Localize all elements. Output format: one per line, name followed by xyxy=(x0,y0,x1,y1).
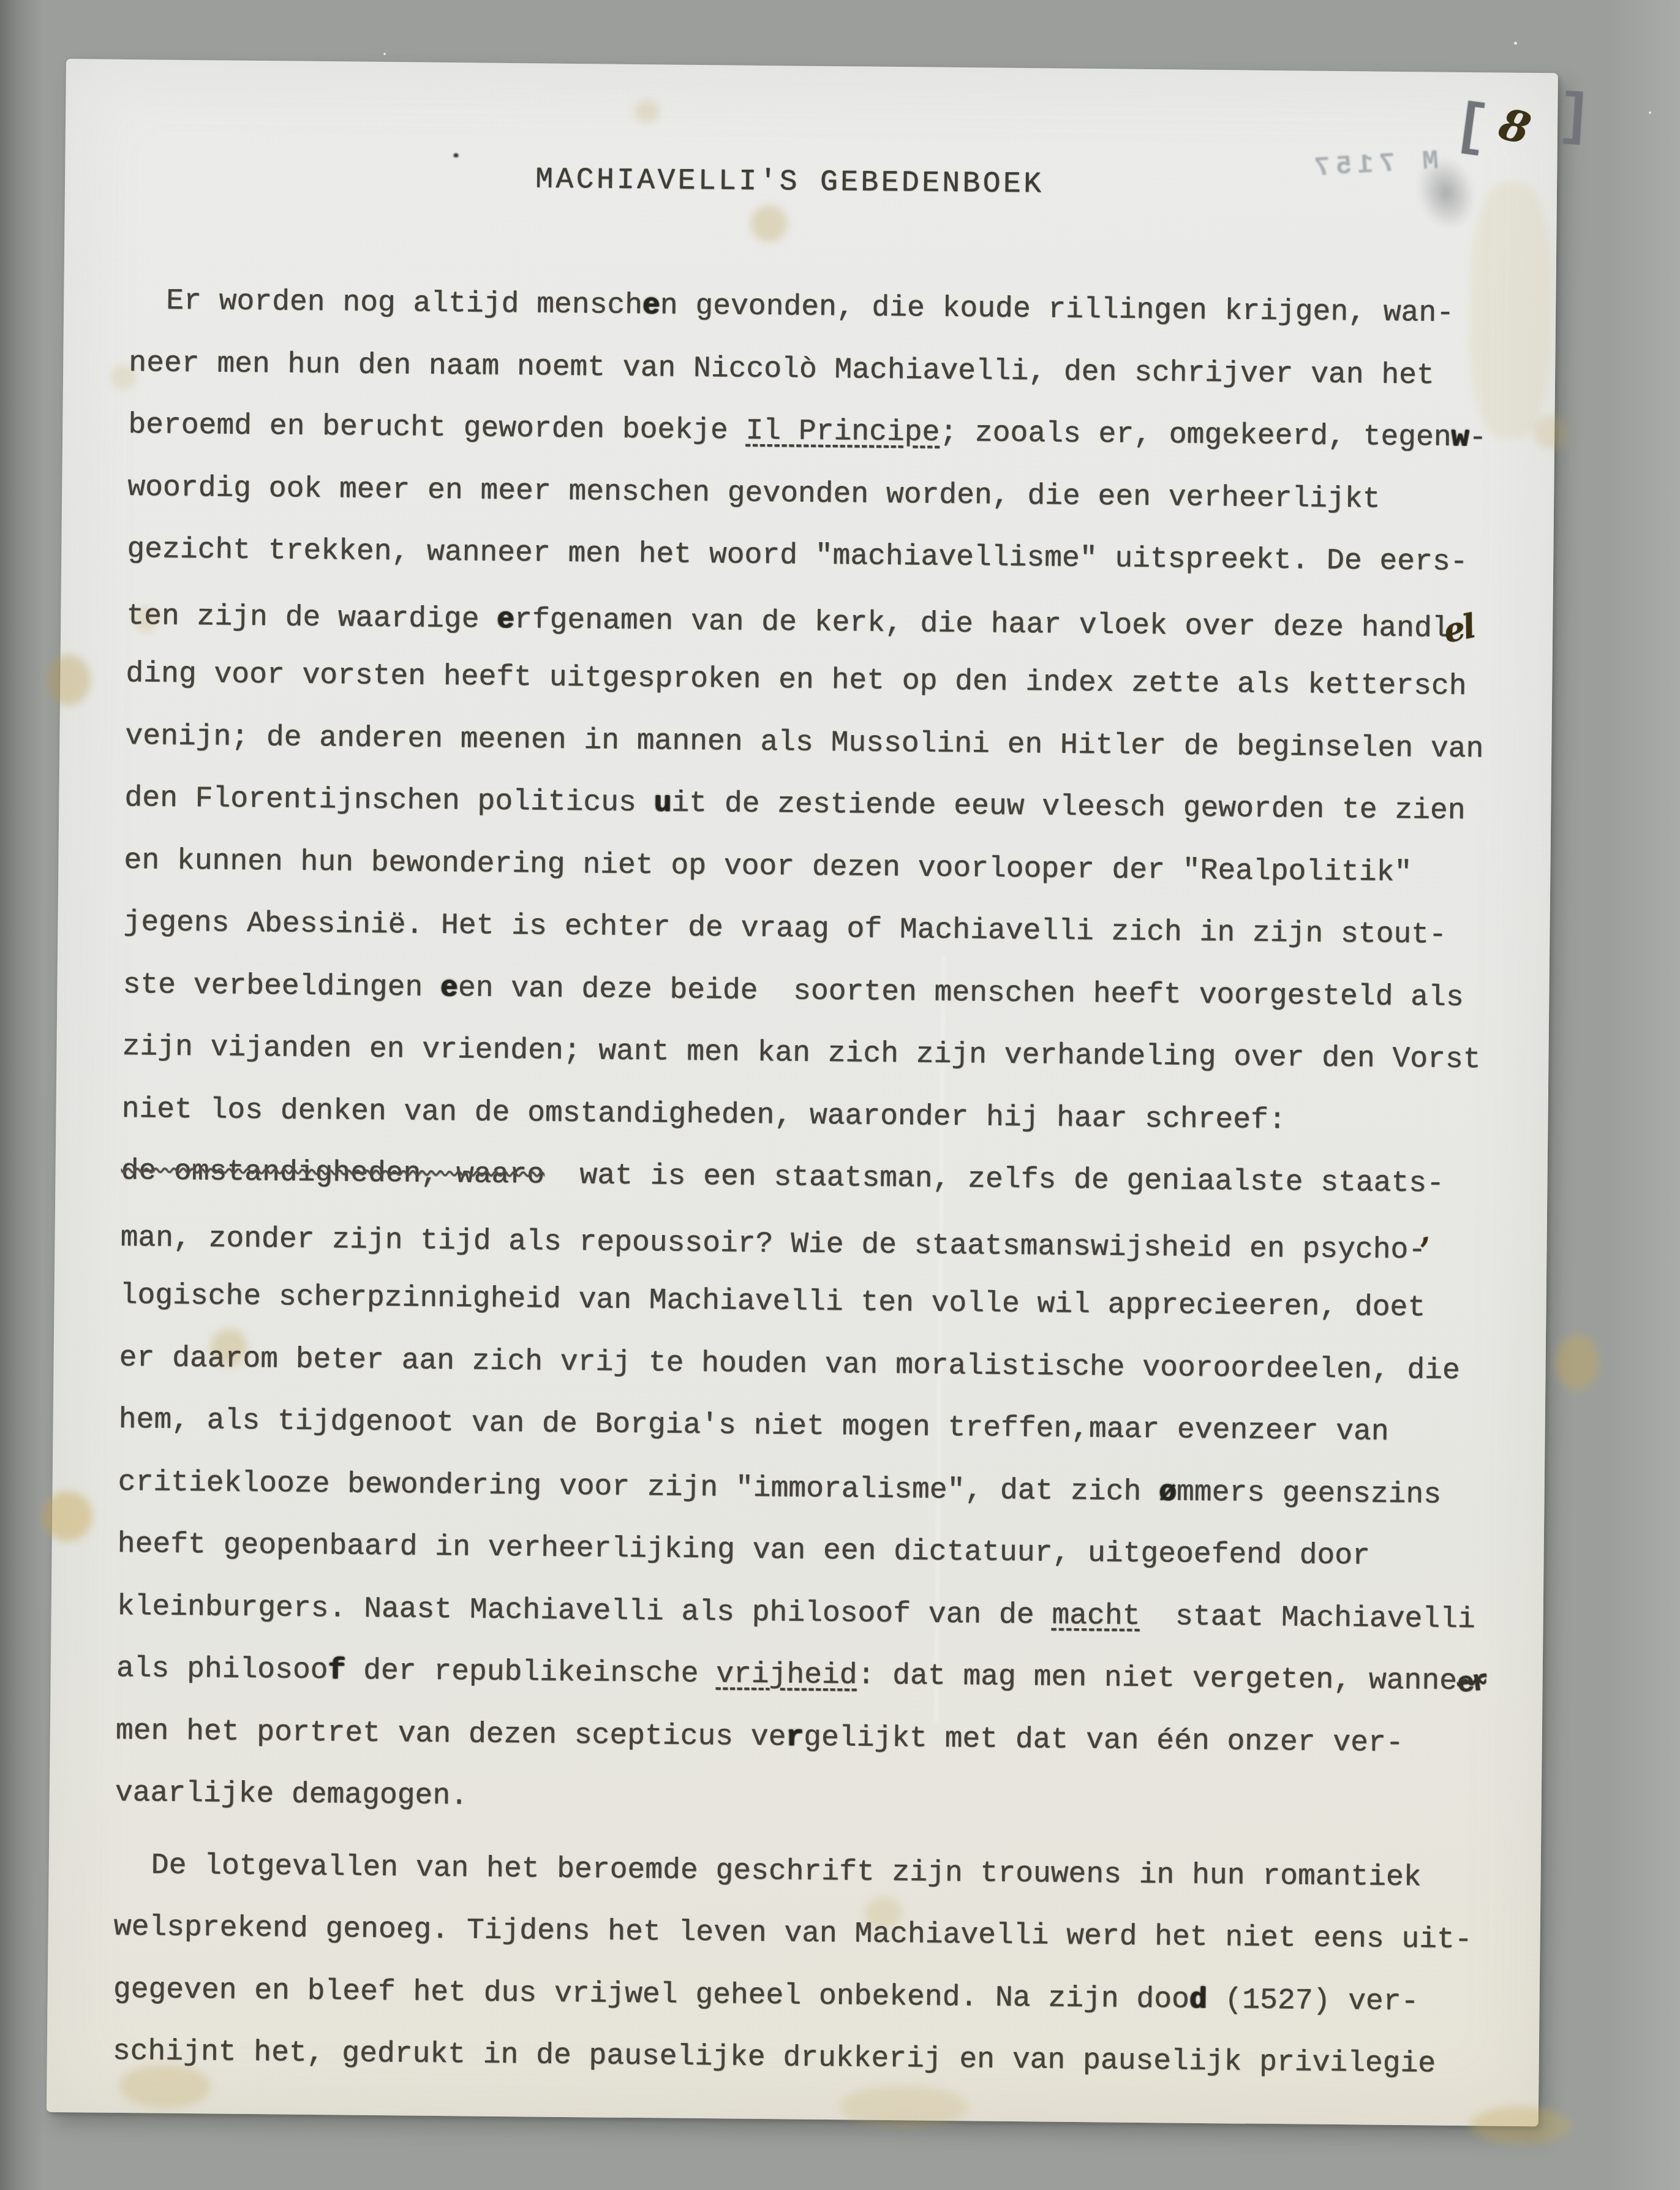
paper-stain xyxy=(750,205,788,243)
text-segment-blot: f xyxy=(328,1654,345,1687)
scan-background: [ 8 ] M 7157 MACHIAVELLI'S GEBEDENBOEK E… xyxy=(0,0,1680,2190)
text-segment-n: er daarom beter aan zich vrij te houden … xyxy=(119,1341,1460,1387)
document-page: [ 8 ] M 7157 MACHIAVELLI'S GEBEDENBOEK E… xyxy=(47,59,1558,2126)
text-segment-n: mmers geenszins xyxy=(1177,1476,1442,1511)
text-segment-n: ste verbeeldingen xyxy=(122,968,440,1004)
text-segment-n: it de zestiende eeuw vleesch geworden te… xyxy=(671,787,1466,828)
text-segment-n: ; zooals er, omgekeerd, tegen xyxy=(940,417,1452,455)
scan-edge-shadow-left xyxy=(0,0,43,2190)
text-segment-n: - xyxy=(1469,421,1486,455)
text-line: schijnt het, gedrukt in de pauselijke dr… xyxy=(112,2021,1521,2097)
text-segment-n: wat is een staatsman, zelfs de geniaalst… xyxy=(544,1159,1444,1201)
text-segment-n: jegens Abessinië. Het is echter de vraag… xyxy=(123,906,1447,952)
text-segment-n: ding voor vorsten heeft uitgesproken en … xyxy=(126,657,1467,703)
text-segment-blot: d xyxy=(1189,1983,1207,2016)
text-segment-n: als philosoo xyxy=(116,1652,328,1687)
document-body: Er worden nog altijd menschen gevonden, … xyxy=(112,270,1538,2096)
text-segment-n: kleinburgers. Naast Machiavelli als phil… xyxy=(116,1590,1052,1632)
text-segment-scrib: er xyxy=(1454,1652,1490,1716)
text-segment-n: niet los denken van de omstandigheden, w… xyxy=(121,1092,1286,1136)
text-segment-blot: e xyxy=(440,971,458,1004)
text-segment-n: der republikeinsche xyxy=(345,1655,716,1691)
text-segment-strike: de omstandigheden, waaro xyxy=(121,1155,544,1192)
text-segment-n: welsprekend genoeg. Tijdens het leven va… xyxy=(113,1911,1472,1957)
text-segment-n: critieklooze bewondering voor zijn "immo… xyxy=(118,1465,1159,1508)
text-segment-n: en kunnen hun bewondering niet op voor d… xyxy=(124,844,1412,889)
text-segment-n: : dat mag men niet vergeten, wanne xyxy=(857,1659,1457,1698)
text-segment-n: n gevonden, die koude rillingen krijgen,… xyxy=(660,289,1454,330)
text-segment-n: rfgenamen van de kerk, die haar vloek ov… xyxy=(514,603,1450,646)
text-segment-n: heeft geopenbaard in verheerlijking van … xyxy=(117,1528,1370,1573)
paper-stain xyxy=(634,100,660,123)
text-segment-n: zijn vijanden en vrienden; want men kan … xyxy=(122,1030,1480,1076)
paper-stain xyxy=(47,654,91,706)
dust-speck xyxy=(383,53,386,55)
text-segment-n: woordig ook meer en meer menschen gevond… xyxy=(127,470,1381,516)
text-segment-n: De lotgevallen van het beroemde geschrif… xyxy=(151,1849,1421,1894)
text-segment-n: man, zonder zijn tijd als repoussoir? Wi… xyxy=(120,1221,1426,1266)
text-segment-n: gezicht trekken, wanneer men het woord "… xyxy=(127,533,1468,579)
text-segment-n: gelijkt met dat van één onzer ver- xyxy=(804,1721,1404,1759)
dust-speck xyxy=(1649,111,1651,114)
text-segment-hand: el xyxy=(1438,595,1480,662)
text-segment-n: den Florentijnschen politicus xyxy=(124,782,654,820)
scan-edge-light-right xyxy=(1607,0,1680,2190)
text-segment-n: schijnt het, gedrukt in de pauselijke dr… xyxy=(113,2035,1436,2081)
text-segment-n: men het portret van dezen scepticus ve xyxy=(116,1714,786,1754)
text-segment-n: gegeven en bleef het dus vrijwel geheel … xyxy=(113,1973,1189,2016)
text-segment-blot: e xyxy=(497,603,514,636)
text-segment-u: vrijheid xyxy=(716,1658,857,1692)
text-segment-blot: e xyxy=(642,289,660,322)
dust-speck xyxy=(1514,42,1517,45)
ink-speck xyxy=(453,153,458,157)
paragraph: Er worden nog altijd menschen gevonden, … xyxy=(115,270,1538,1838)
stamped-bracket-right-icon: ] xyxy=(1556,85,1594,151)
text-segment-n: staat Machiavelli xyxy=(1140,1599,1475,1636)
paper-stain xyxy=(1534,415,1569,450)
text-segment-blot: r xyxy=(786,1721,804,1754)
text-segment-n: venijn; de anderen meenen in mannen als … xyxy=(125,719,1483,765)
text-segment-blot: w xyxy=(1451,421,1469,455)
paper-stain xyxy=(840,2085,969,2129)
text-segment-n: en van deze beide soorten menschen heeft… xyxy=(458,972,1464,1014)
document-title: MACHIAVELLI'S GEBEDENBOEK xyxy=(535,163,1044,201)
text-segment-n: logische scherpzinnigheid van Machiavell… xyxy=(119,1279,1425,1324)
text-segment-u: Il Principe xyxy=(745,415,940,450)
paragraph: De lotgevallen van het beroemde geschrif… xyxy=(112,1834,1523,2096)
text-segment-n: (1527) ver- xyxy=(1207,1984,1418,2018)
text-segment-u: macht xyxy=(1052,1599,1140,1633)
text-segment-n: hem, als tijdgenoot van de Borgia's niet… xyxy=(118,1403,1388,1449)
text-segment-n: ten zijn de waardige xyxy=(126,599,497,636)
text-segment-n: vaarlijke demagogen. xyxy=(115,1777,469,1813)
text-segment-blot: u xyxy=(654,787,671,820)
paper-stain xyxy=(42,1491,93,1542)
paper-stain xyxy=(1470,2106,1572,2145)
handwritten-page-number: 8 xyxy=(1494,98,1535,155)
text-segment-blot: ø xyxy=(1159,1476,1177,1509)
paper-stain xyxy=(1555,1334,1600,1391)
text-segment-n: neer men hun den naam noemt van Niccolò … xyxy=(129,347,1434,392)
text-segment-n: beroemd en berucht geworden boekje xyxy=(128,409,746,448)
text-segment-n: Er worden nog altijd mensch xyxy=(166,285,642,322)
